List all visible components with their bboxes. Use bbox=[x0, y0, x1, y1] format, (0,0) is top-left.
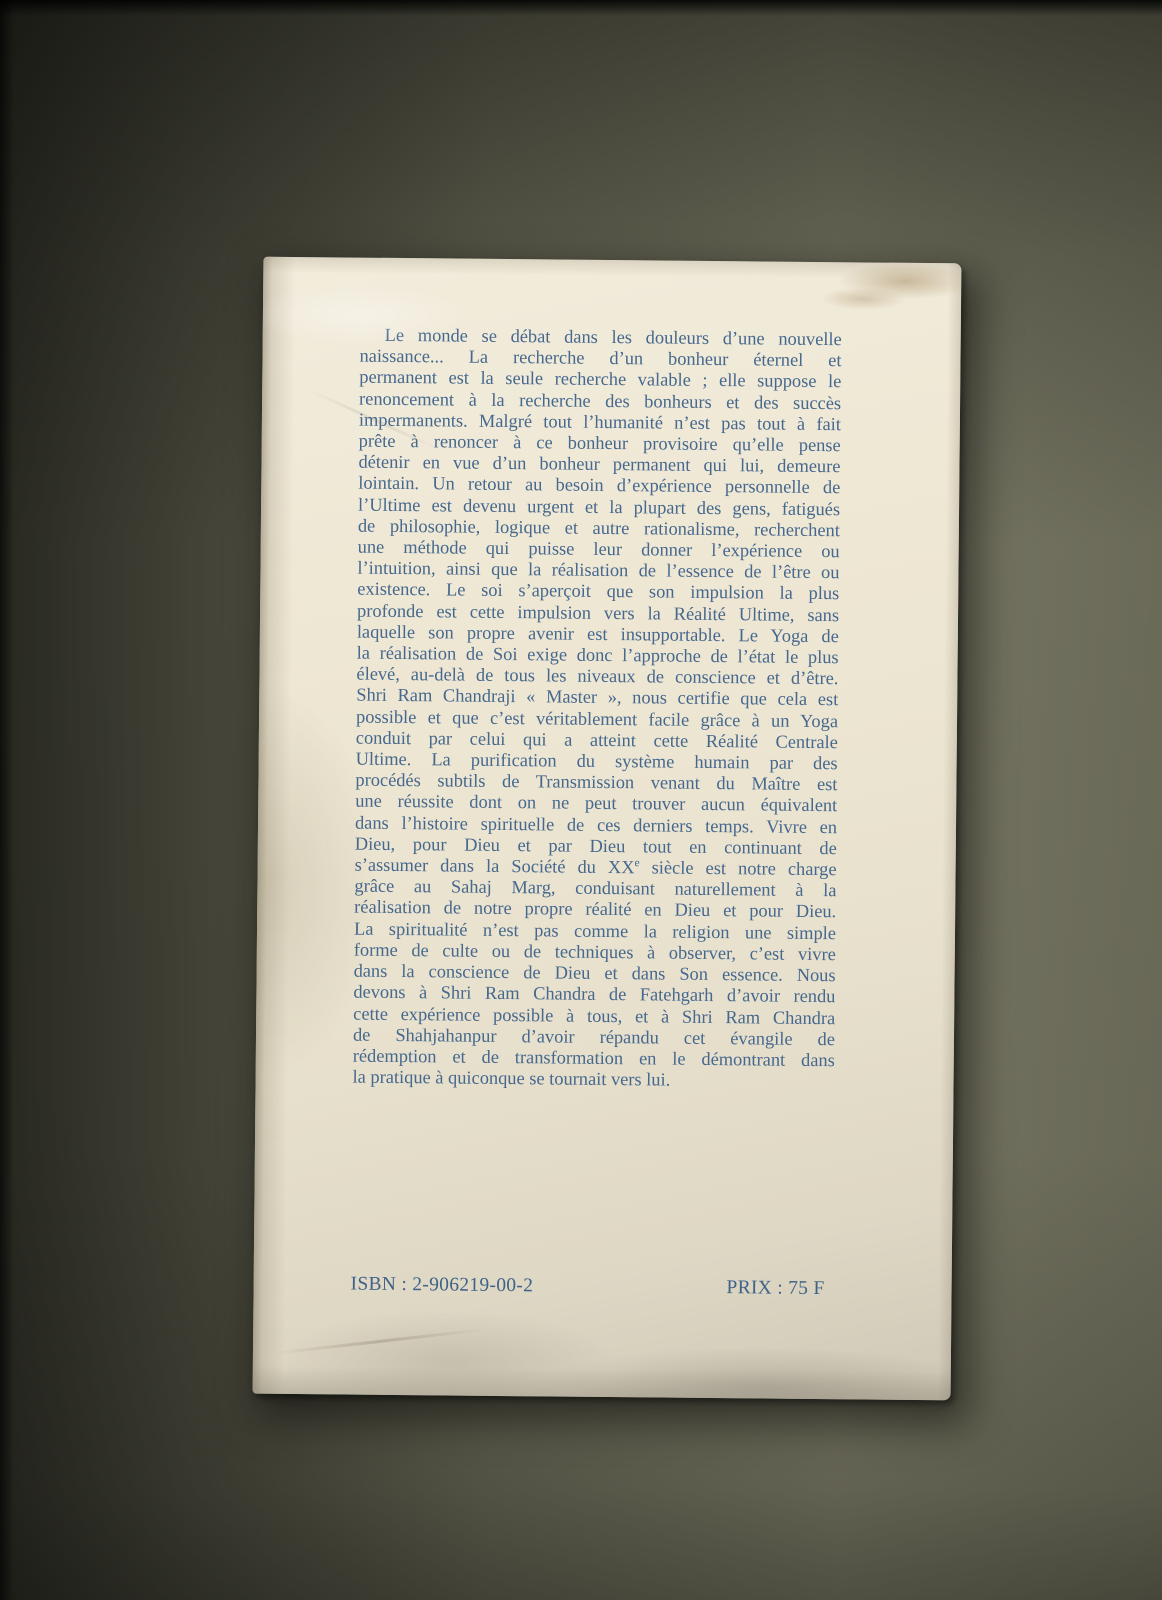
back-cover-text: Le monde se débat dans les douleurs d’un… bbox=[352, 325, 841, 1093]
text-line: la pratique à quiconque se tournait vers… bbox=[352, 1067, 834, 1093]
book-back-cover: Le monde se débat dans les douleurs d’un… bbox=[253, 257, 962, 1401]
isbn-text: ISBN : 2-906219-00-2 bbox=[351, 1274, 534, 1298]
cover-crease-mark bbox=[274, 1328, 488, 1355]
photo-backdrop: Le monde se débat dans les douleurs d’un… bbox=[0, 0, 1162, 1600]
isbn-price-row: ISBN : 2-906219-00-2 PRIX : 75 F bbox=[351, 1274, 825, 1301]
price-text: PRIX : 75 F bbox=[726, 1277, 824, 1300]
